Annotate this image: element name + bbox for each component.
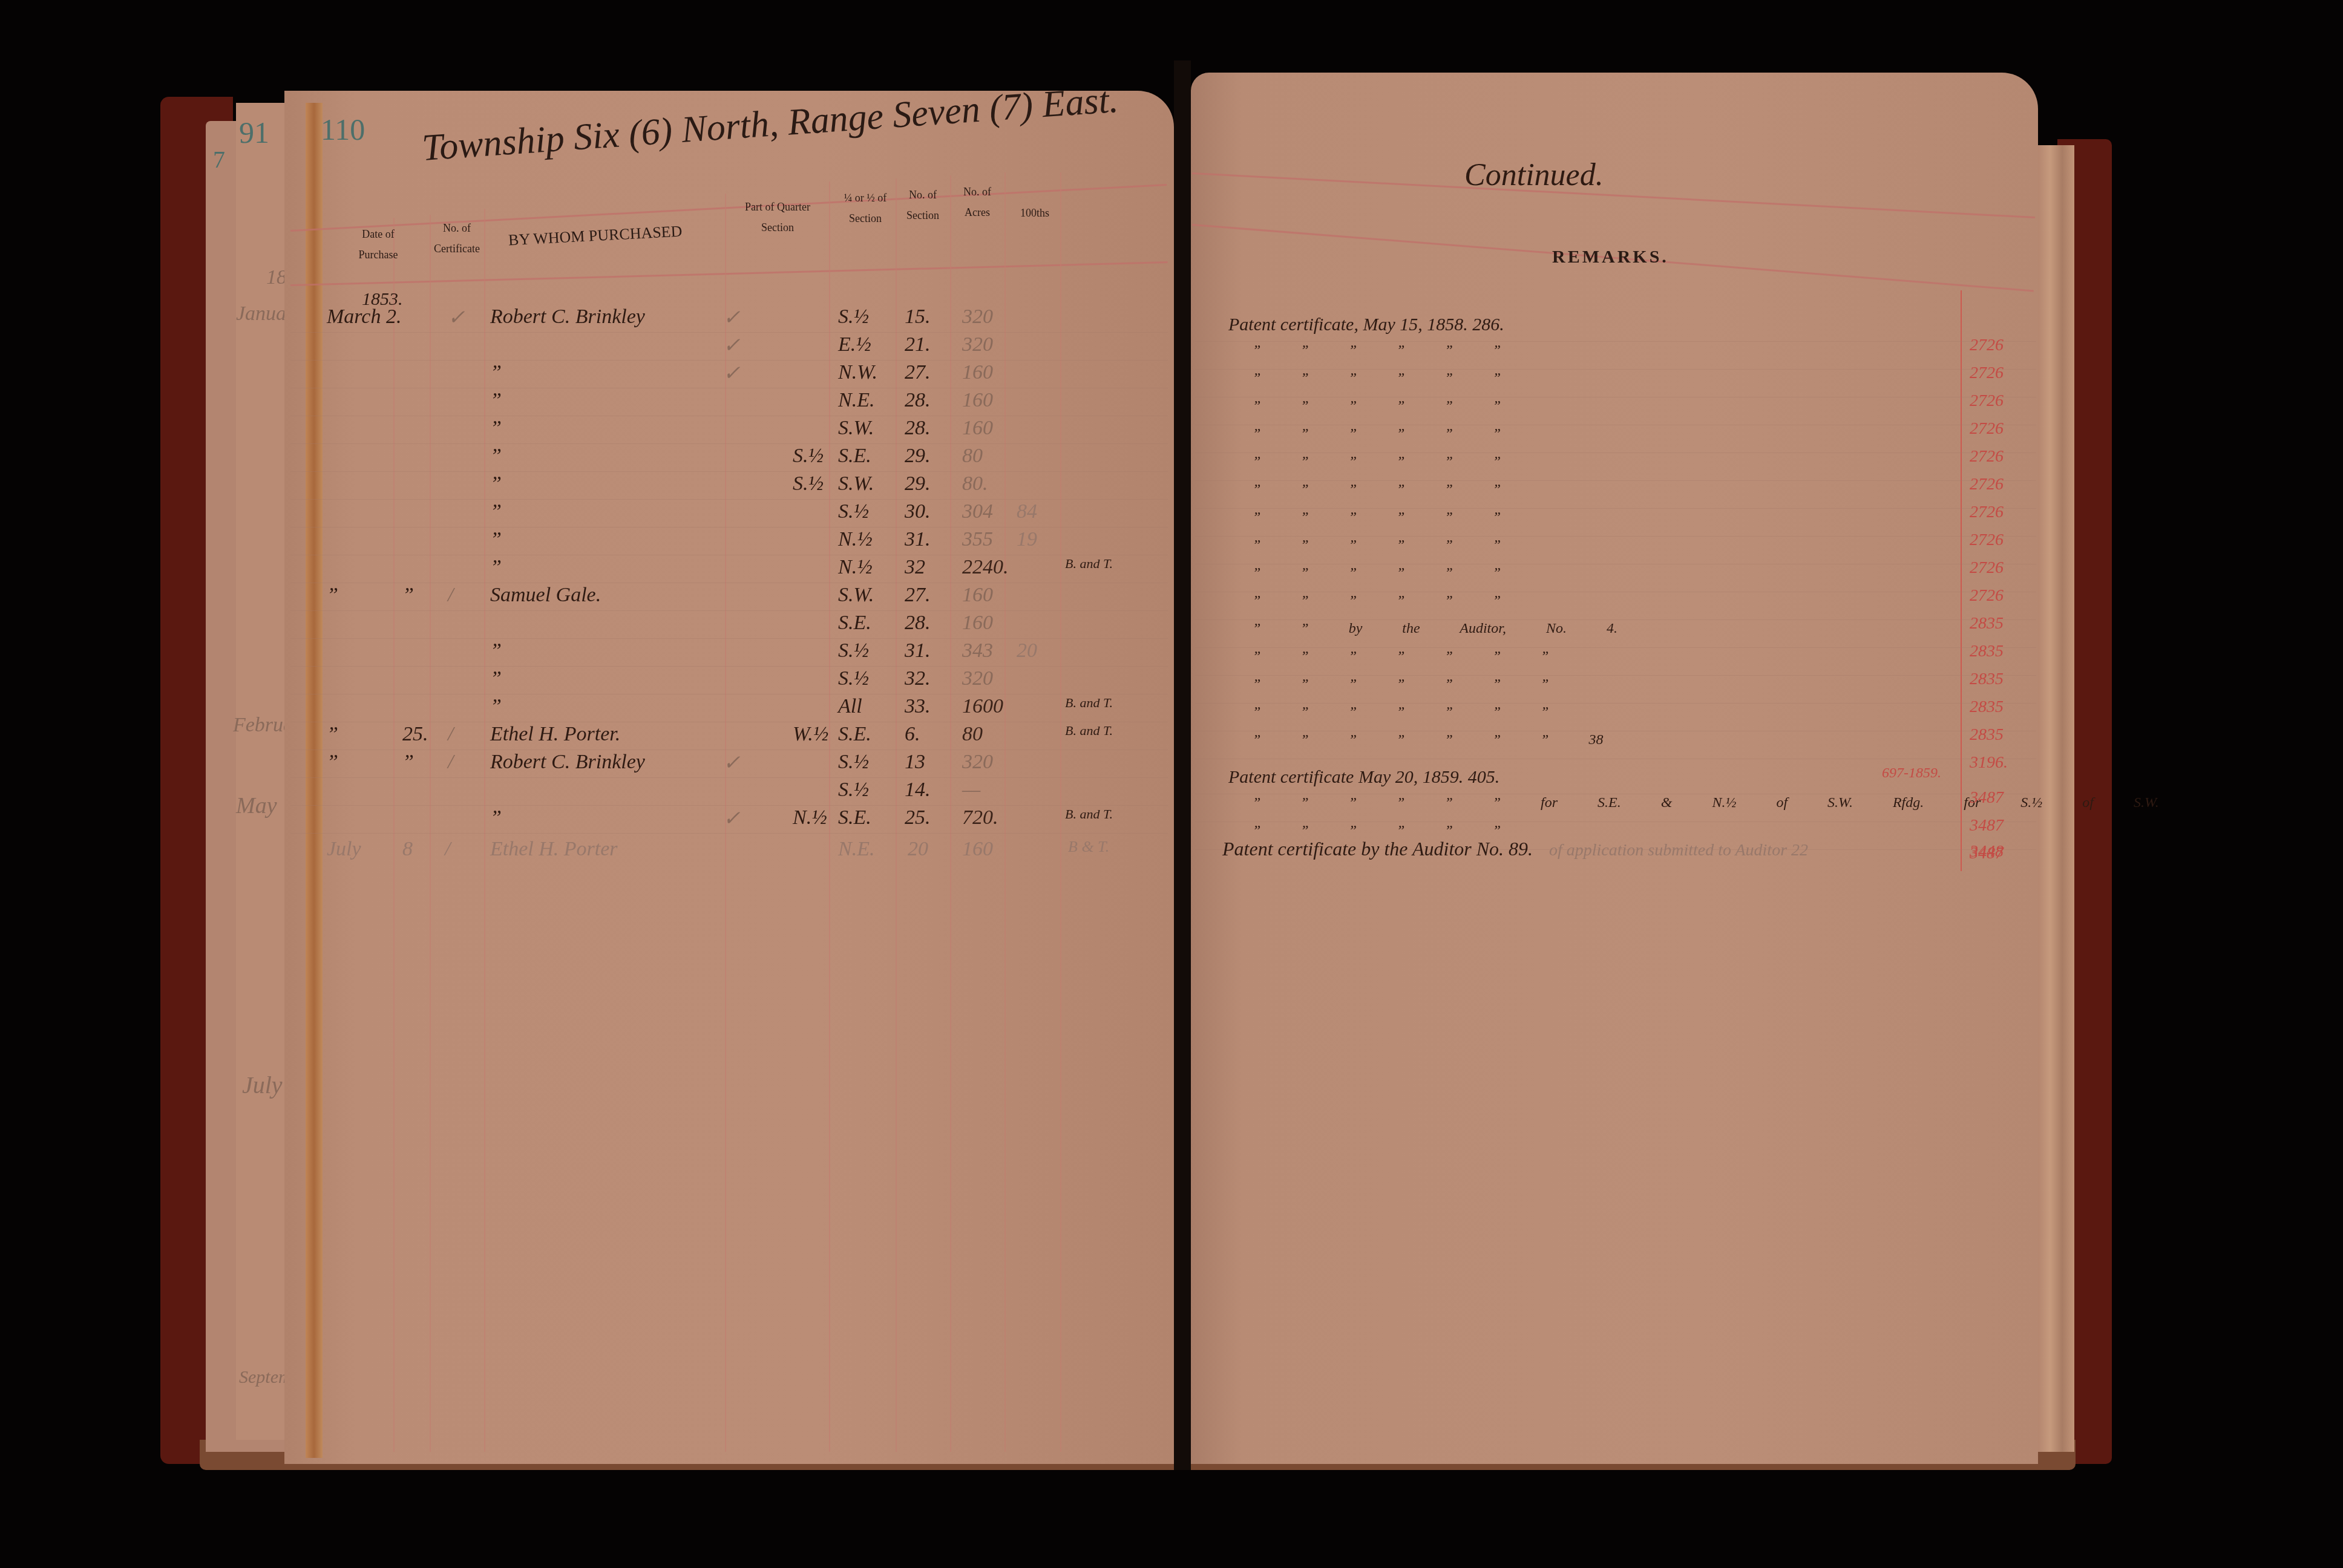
col-rule [950, 175, 951, 1452]
ledger-cell-date: ” [327, 584, 338, 607]
ruled-line [1195, 731, 2036, 731]
ledger-cell-name: Robert C. Brinkley [490, 751, 645, 774]
ruled-line [290, 638, 1168, 639]
header-no-of-acres: No. of Acres [956, 181, 998, 223]
ledger-cell-name: ” [490, 695, 502, 718]
remark-line: Patent certificate, May 15, 1858. 286. [1228, 315, 1504, 335]
ruled-line [1195, 794, 2036, 794]
ledger-cell-section: 15. [905, 305, 931, 328]
pencil-cert: 8 [402, 838, 413, 861]
pencil-section-part: N.E. [838, 838, 874, 861]
ledger-cell-name: ” [490, 472, 502, 495]
ledger-cell-name: ” [490, 556, 502, 579]
red-ledger-number: 2726 [1970, 586, 2004, 606]
ledger-cell-acres: 160 [962, 389, 993, 412]
ledger-cell-half: S.½ [838, 779, 869, 802]
red-ledger-number: 3487 [1970, 788, 2004, 808]
ledger-cell-half: S.E. [838, 445, 871, 468]
remark-line: ” ” ” ” ” ” [1253, 565, 1501, 581]
ledger-cell-hund: 19 [1017, 528, 1037, 551]
ruled-line [1195, 536, 2036, 537]
col-rule [484, 209, 485, 1452]
ledger-cell-half: E.½ [838, 333, 871, 356]
ledger-cell-acres: 320 [962, 305, 993, 328]
col-rule [829, 181, 830, 1452]
ledger-cell-acres: 160 [962, 417, 993, 440]
header-part-of-quarter-section: Part of Quarter Section [732, 197, 823, 238]
ledger-cell-section: 31. [905, 639, 931, 662]
header-date-of-purchase: Date of Purchase [354, 224, 402, 265]
ledger-cell-acres: 160 [962, 584, 993, 607]
red-ledger-number: 2726 [1970, 336, 2004, 355]
remark-line: ” ” ” ” ” ” ” 38 [1253, 732, 1603, 748]
ledger-cell-half: N.½ [838, 556, 873, 579]
pencil-section: 20 [908, 838, 928, 861]
ledger-cell-note: B. and T. [1065, 723, 1113, 739]
ledger-cell-half: All [838, 695, 862, 718]
pencil-date: July [327, 838, 361, 861]
col-rule [393, 218, 395, 1452]
remark-line: ” ” ” ” ” ” [1253, 537, 1501, 554]
ruled-line [290, 471, 1168, 472]
ruled-line [1195, 703, 2036, 704]
book-gutter [1174, 60, 1191, 1470]
ledger-cell-section: 28. [905, 612, 931, 635]
ledger-cell-date: ” [327, 723, 338, 746]
ledger-cell-check: ✓ [448, 305, 465, 330]
ledger-cell-section: 13 [905, 751, 925, 774]
remark-line: ” ” ” ” ” ” [1253, 342, 1501, 359]
ledger-cell-acres: 160 [962, 612, 993, 635]
remark-line: ” ” by the Auditor, No. 4. [1253, 621, 1617, 637]
ledger-cell-check: / [448, 723, 453, 746]
ruled-line [1195, 480, 2036, 481]
ledger-cell-acres: 320 [962, 751, 993, 774]
header-hundredths: 100ths [1011, 203, 1059, 223]
pencil-check: / [445, 838, 450, 861]
red-ledger-number: 2726 [1970, 475, 2004, 494]
ledger-cell-check: / [448, 584, 453, 607]
ledger-cell-name: ” [490, 500, 502, 523]
ledger-cell-section: 32. [905, 667, 931, 690]
ledger-cell-section: 6. [905, 723, 920, 746]
ruled-line [290, 416, 1168, 416]
col-rule [1004, 172, 1006, 1452]
ruled-line [1195, 647, 2036, 648]
ledger-cell-acres: 80 [962, 723, 983, 746]
ruled-line [290, 332, 1168, 333]
ledger-cell-section: 27. [905, 584, 931, 607]
ledger-cell-note: B. and T. [1065, 695, 1113, 711]
col-rule [896, 178, 897, 1452]
ruled-line [1195, 425, 2036, 425]
ruled-line [1195, 452, 2036, 453]
ledger-cell-acres: 320 [962, 333, 993, 356]
red-ledger-number: 2835 [1970, 725, 2004, 745]
ledger-cell-half: N.W. [838, 361, 877, 384]
ledger-cell-part: N.½ [793, 806, 827, 829]
ledger-cell-part: W.½ [793, 723, 828, 746]
remark-final-pencil: of application submitted to Auditor 22 [1549, 841, 1808, 860]
remark-line: ” ” ” ” ” ” for S.E. & N.½ of S.W. Rfdg.… [1253, 795, 2159, 811]
remark-line: ” ” ” ” ” ” [1253, 370, 1501, 387]
pencil-acres: 160 [962, 838, 993, 861]
red-ledger-number: 2835 [1970, 614, 2004, 633]
ruled-line [1195, 369, 2036, 370]
ledger-cell-name: ” [490, 361, 502, 384]
ledger-cell-cert: 25. [402, 723, 428, 746]
red-ledger-number: 2835 [1970, 670, 2004, 689]
page-number: 110 [321, 112, 365, 147]
ruled-line [290, 694, 1168, 694]
remark-final: Patent certificate by the Auditor No. 89… [1222, 838, 1533, 860]
ledger-cell-note: B. and T. [1065, 556, 1113, 572]
underlying-page-number-7: 7 [213, 145, 225, 174]
remark-line: ” ” ” ” ” ” [1253, 398, 1501, 414]
red-ledger-number: 3448 [1970, 842, 2004, 861]
ruled-line [1195, 675, 2036, 676]
ledger-cell-hund: 84 [1017, 500, 1037, 523]
ruled-line [290, 555, 1168, 555]
red-ledger-number: 2726 [1970, 391, 2004, 411]
ruled-line [290, 388, 1168, 388]
ruled-line [1195, 341, 2036, 342]
remark-line: ” ” ” ” ” ” ” [1253, 676, 1548, 693]
ledger-cell-name: ” [490, 806, 502, 829]
ledger-cell-check2: ✓ [723, 751, 741, 775]
red-ledger-number: 2835 [1970, 642, 2004, 661]
red-ledger-number: 3487 [1970, 816, 2004, 835]
ledger-cell-hund: 20 [1017, 639, 1037, 662]
ruled-line [290, 722, 1168, 722]
ledger-cell-section: 32 [905, 556, 925, 579]
ledger-cell-name: ” [490, 667, 502, 690]
ruled-line [1195, 619, 2036, 620]
ledger-cell-acres: 1600 [962, 695, 1003, 718]
ledger-cell-part: S.½ [793, 445, 824, 468]
ruled-line [290, 499, 1168, 500]
ledger-cell-half: S.½ [838, 500, 869, 523]
ledger-cell-acres: — [962, 779, 980, 802]
pencil-name: Ethel H. Porter [490, 838, 618, 861]
ledger-cell-section: 25. [905, 806, 931, 829]
ledger-cell-half: S.½ [838, 639, 869, 662]
ledger-cell-cert: ” [402, 751, 414, 774]
ruled-line [1195, 397, 2036, 397]
remark-line: ” ” ” ” ” ” [1253, 823, 1501, 839]
ledger-cell-acres: 80. [962, 472, 988, 495]
ruled-line [290, 750, 1168, 750]
ledger-cell-section: 28. [905, 417, 931, 440]
ledger-cell-acres: 2240. [962, 556, 1009, 579]
remark-line: ” ” ” ” ” ” [1253, 454, 1501, 470]
ruled-line [290, 805, 1168, 806]
red-ledger-number: 2726 [1970, 419, 2004, 439]
ledger-cell-section: 30. [905, 500, 931, 523]
ledger-cell-section: 33. [905, 695, 931, 718]
ledger-cell-section: 14. [905, 779, 931, 802]
ledger-cell-section: 29. [905, 472, 931, 495]
ledger-cell-half: S.E. [838, 612, 871, 635]
ledger-cell-acres: 343 [962, 639, 993, 662]
col-rule [1060, 172, 1061, 1452]
ledger-cell-name: ” [490, 528, 502, 551]
ledger-cell-check2: ✓ [723, 806, 741, 831]
ledger-cell-name: Samuel Gale. [490, 584, 601, 607]
header-quarter-or-half-section: ¼ or ½ of Section [838, 188, 893, 229]
ledger-cell-check2: ✓ [723, 333, 741, 358]
remark-line: ” ” ” ” ” ” [1253, 593, 1501, 609]
ledger-cell-name: ” [490, 389, 502, 412]
red-ledger-number: 2726 [1970, 503, 2004, 522]
remark-line: ” ” ” ” ” ” [1253, 482, 1501, 498]
ledger-cell-half: S.½ [838, 751, 869, 774]
ledger-cell-acres: 304 [962, 500, 993, 523]
remark-line: ” ” ” ” ” ” ” [1253, 704, 1548, 720]
ledger-cell-acres: 720. [962, 806, 998, 829]
ruled-line [1195, 564, 2036, 564]
ledger-cell-half: S.½ [838, 305, 869, 328]
ledger-cell-part: S.½ [793, 472, 824, 495]
remark-line: ” ” ” ” ” ” [1253, 509, 1501, 526]
ledger-cell-name: Ethel H. Porter. [490, 723, 620, 746]
ruled-line [1195, 759, 2036, 759]
ruled-line [290, 610, 1168, 611]
red-ledger-number: 2726 [1970, 364, 2004, 383]
red-margin-rule [1961, 290, 1962, 871]
ruled-line [290, 527, 1168, 528]
ledger-cell-cert: ” [402, 584, 414, 607]
remark-line: ” ” ” ” ” ” ” [1253, 648, 1548, 665]
red-ledger-number: 2726 [1970, 531, 2004, 550]
ledger-cell-half: S.W. [838, 417, 874, 440]
page-edge-stain [306, 103, 323, 1458]
ledger-cell-section: 21. [905, 333, 931, 356]
ruled-line [1195, 822, 2036, 822]
ruled-line [290, 666, 1168, 667]
remark-line: ” ” ” ” ” ” [1253, 426, 1501, 442]
ledger-cell-date: March 2. [327, 305, 401, 328]
ledger-cell-half: S.E. [838, 723, 871, 746]
remarks-heading: REMARKS. [1552, 247, 1669, 267]
red-ledger-number: 2726 [1970, 447, 2004, 466]
red-annotation: 697-1859. [1882, 765, 1941, 782]
ledger-cell-name: ” [490, 445, 502, 468]
ledger-cell-check: / [448, 751, 453, 774]
ledger-cell-note: B. and T. [1065, 806, 1113, 822]
ledger-cell-section: 28. [905, 389, 931, 412]
ledger-cell-acres: 160 [962, 361, 993, 384]
ledger-cell-check2: ✓ [723, 305, 741, 330]
ledger-cell-section: 27. [905, 361, 931, 384]
ledger-cell-section: 31. [905, 528, 931, 551]
pencil-note: B & T. [1068, 838, 1109, 856]
margin-month-may: May [236, 792, 277, 819]
ledger-cell-date: ” [327, 751, 338, 774]
ledger-cell-check2: ✓ [723, 361, 741, 385]
ledger-cell-acres: 80 [962, 445, 983, 468]
header-no-of-certificate: No. of Certificate [430, 218, 484, 259]
ruled-line [1195, 508, 2036, 509]
ledger-cell-half: S.W. [838, 472, 874, 495]
ledger-cell-half: S.W. [838, 584, 874, 607]
ruled-line [290, 833, 1168, 834]
ledger-cell-name: ” [490, 417, 502, 440]
red-ledger-number: 2835 [1970, 697, 2004, 717]
header-no-of-section: No. of Section [899, 185, 947, 226]
ledger-cell-acres: 320 [962, 667, 993, 690]
ruled-line [290, 583, 1168, 583]
margin-year: 18 [266, 266, 287, 289]
underlying-page-number-91: 91 [239, 115, 269, 150]
ruled-line [290, 777, 1168, 778]
ledger-cell-name: ” [490, 639, 502, 662]
margin-month-july: July [242, 1071, 283, 1099]
red-ledger-number: 3196. [1970, 753, 2008, 773]
ledger-cell-half: S.E. [838, 806, 871, 829]
ledger-cell-half: N.E. [838, 389, 874, 412]
ledger-cell-acres: 355 [962, 528, 993, 551]
ledger-cell-name: Robert C. Brinkley [490, 305, 645, 328]
ledger-cell-half: S.½ [838, 667, 869, 690]
ruled-line [290, 360, 1168, 361]
ledger-cell-half: N.½ [838, 528, 873, 551]
remark-line: Patent certificate May 20, 1859. 405. [1228, 767, 1499, 788]
ruled-line [290, 443, 1168, 444]
ledger-cell-section: 29. [905, 445, 931, 468]
ruled-line [1195, 592, 2036, 592]
red-ledger-number: 2726 [1970, 558, 2004, 578]
